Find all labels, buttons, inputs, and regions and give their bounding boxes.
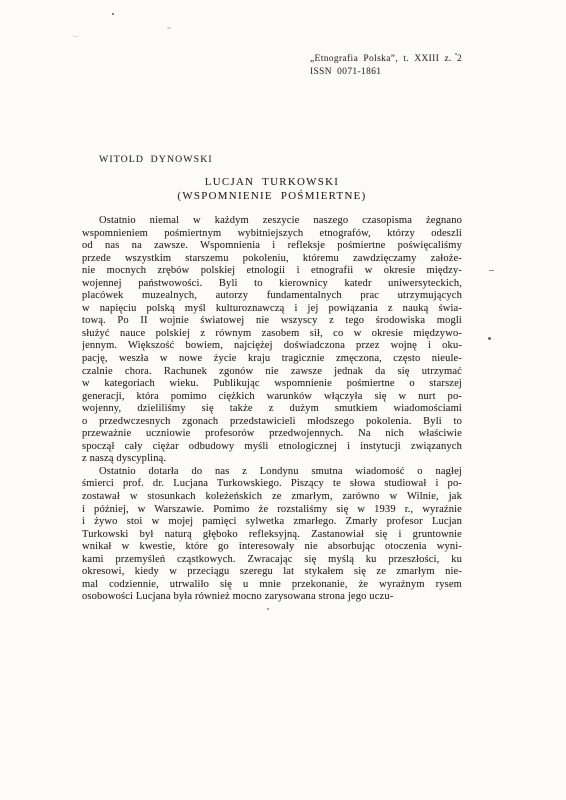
text-line: generacji, która pomimo ciężkich warunkó… [82,391,462,404]
text-line: placówek muzealnych, autorzy fundamental… [82,290,462,303]
text-line: Ostatnio niemal w każdym zeszycie naszeg… [82,215,462,228]
text-line: zostawał w stosunkach koleżeńskich ze zm… [82,491,462,504]
text-line: przede wszystkim starszemu pokoleniu, kt… [82,253,462,266]
scan-speck [267,608,269,610]
text-line: od nas na zawsze. Wspomnienia i refleksj… [82,240,462,253]
paragraph: Ostatnio niemal w każdym zeszycie naszeg… [82,215,462,466]
author-name: WITOLD DYNOWSKI [99,154,213,165]
text-line: jennym. Większość bowiem, najciężej dośw… [82,340,462,353]
text-line: okresowi, kiedy w przeciągu szeregu lat … [82,566,462,579]
scanned-document-page: „Etnografia Polska”, t. XXIII z. 2 ISSN … [0,0,566,800]
body-text: Ostatnio niemal w każdym zeszycie naszeg… [82,215,462,604]
paragraph: Ostatnio dotarła do nas z Londynu smutna… [82,466,462,604]
issn-line: ISSN 0071-1861 [310,66,462,79]
text-line: wojennej państwowości. Byli to kierownic… [82,278,462,291]
scan-speck [112,13,114,15]
article-subtitle: (WSPOMNIENIE POŚMIERTNE) [82,190,462,204]
journal-header: „Etnografia Polska”, t. XXIII z. 2 ISSN … [310,53,462,79]
text-line: pację, weszła w nowe życie kraju tragicz… [82,353,462,366]
article-title: LUCJAN TURKOWSKI [82,176,462,190]
text-line: służyć nauce polskiej z równym zasobem s… [82,328,462,341]
text-line: Turkowski był naturą głęboko refleksyjną… [82,529,462,542]
text-line: i żywo stoi w mojej pamięci sylwetka zma… [82,516,462,529]
text-line: i później, w Warszawie. Pomimo że rozsta… [82,504,462,517]
journal-title-line: „Etnografia Polska”, t. XXIII z. 2 [310,53,462,66]
text-line: wojenny, dzieliliśmy się także z dużym s… [82,403,462,416]
text-line: wspomnieniem pośmiertnym wybitniejszych … [82,228,462,241]
text-line: w napięciu polską myśl kulturoznawczą i … [82,303,462,316]
text-line: nie mocnych zrębów polskiej etnologii i … [82,265,462,278]
scan-speck [489,270,494,271]
text-line: osobowości Lucjana była również mocno za… [82,591,462,604]
text-line: w kategoriach wieku. Publikując wspomnie… [82,378,462,391]
text-line: o przedwczesnych zgonach przedstawicieli… [82,416,462,429]
scan-speck [167,27,171,29]
text-line: mal codziennie, utrwaliło się u mnie prz… [82,579,462,592]
text-line: śmierci prof. dr. Lucjana Turkowskiego. … [82,478,462,491]
text-line: kami przemyśleń cząstkowych. Zwracając s… [82,554,462,567]
scan-speck [488,337,491,340]
text-line: z naszą dyscypliną. [82,453,462,466]
text-line: przeważnie uczniowie profesorów przedwoj… [82,428,462,441]
text-line: Ostatnio dotarła do nas z Londynu smutna… [82,466,462,479]
text-line: czalnie chora. Rachunek zgonów nie zawsz… [82,366,462,379]
text-line: wnikał w kwestie, które go interesowały … [82,541,462,554]
article-title-block: LUCJAN TURKOWSKI (WSPOMNIENIE POŚMIERTNE… [82,176,462,203]
text-line: spoczął cały ciężar odbudowy myśli etnol… [82,441,462,454]
text-line: tową. Po II wojnie światowej nie wszyscy… [82,315,462,328]
scan-speck [73,36,78,37]
